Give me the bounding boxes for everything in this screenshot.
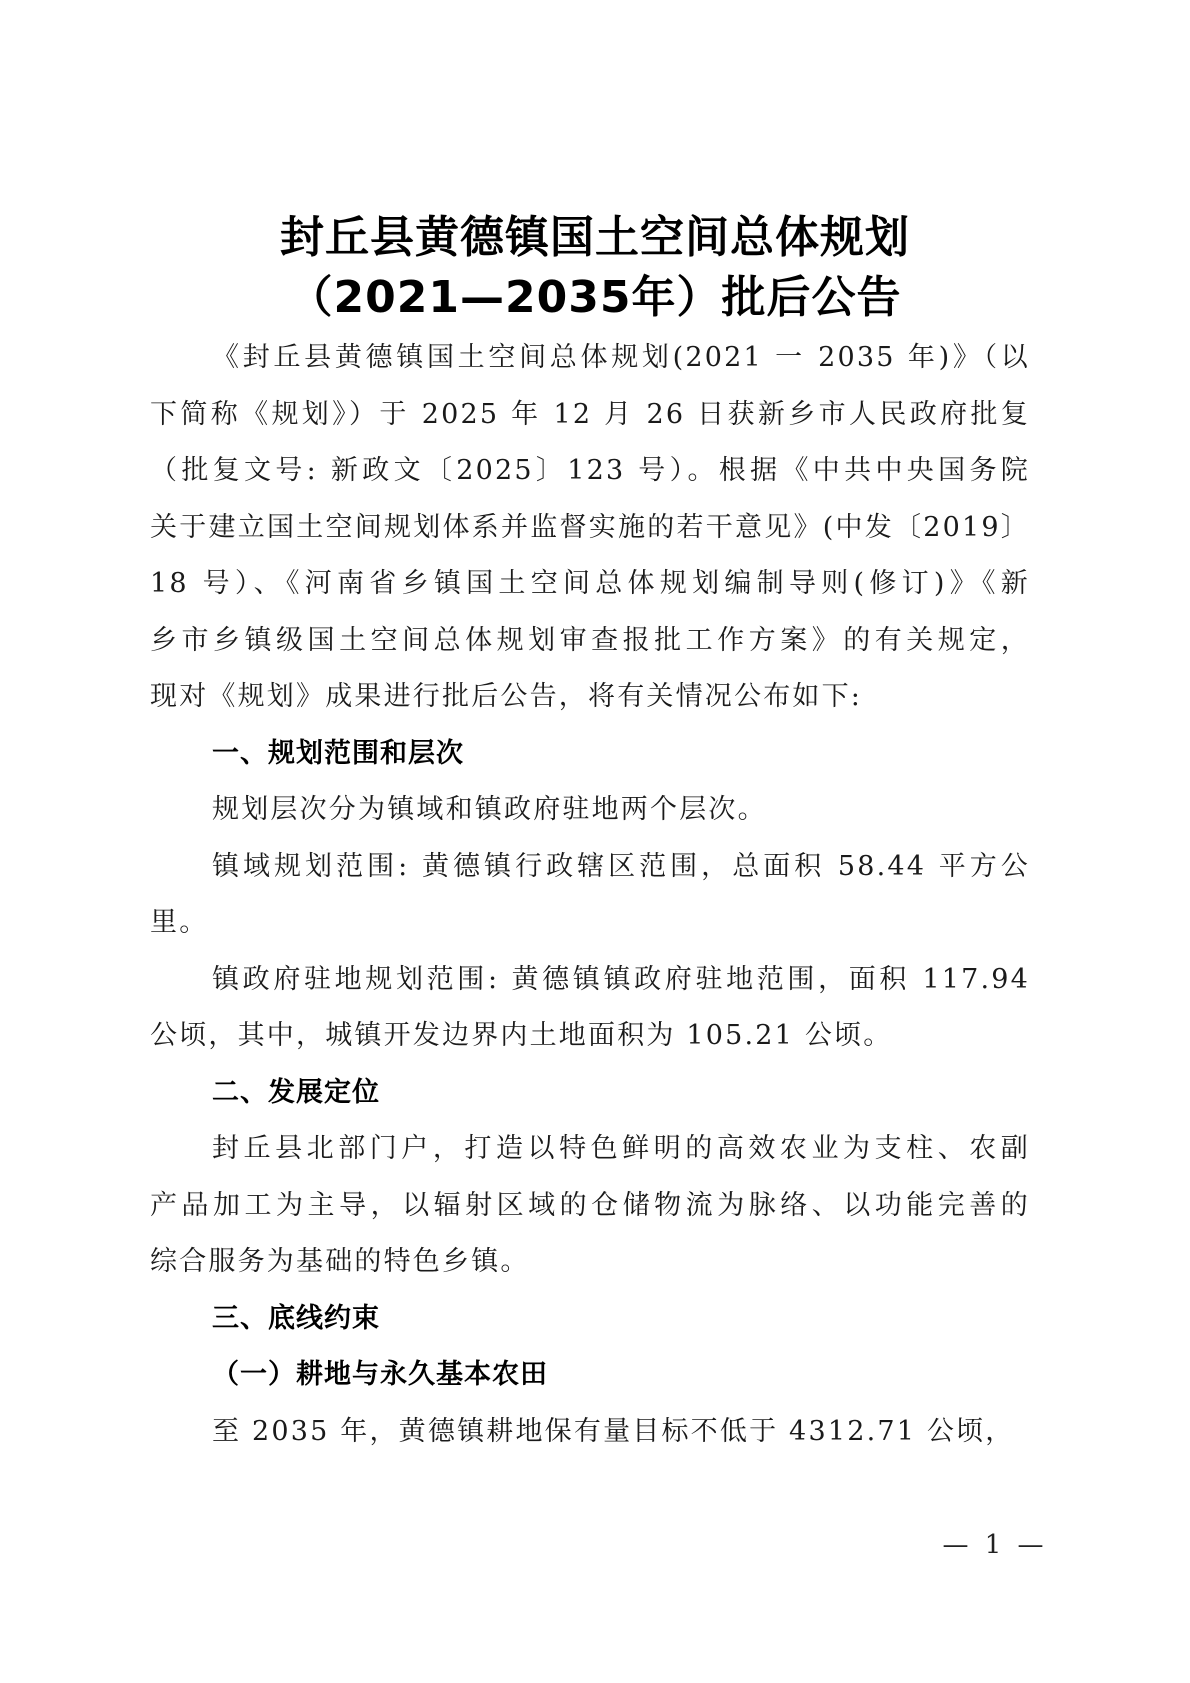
paragraph-line: 里。: [150, 895, 1030, 952]
document-body: 《封丘县黄德镇国土空间总体规划(2021 一 2035 年)》（以 下简称《规划…: [150, 330, 1030, 1460]
page-number: — 1 —: [940, 1530, 1050, 1560]
paragraph-line: 公顷，其中，城镇开发边界内土地面积为 105.21 公顷。: [150, 1008, 1030, 1065]
section-heading: 三、底线约束: [150, 1291, 1030, 1348]
intro-line: 《封丘县黄德镇国土空间总体规划(2021 一 2035 年)》（以: [150, 330, 1030, 387]
paragraph-line: 规划层次分为镇域和镇政府驻地两个层次。: [150, 782, 1030, 839]
document-title-line-2: （2021—2035年）批后公告: [0, 268, 1190, 328]
section-heading: 一、规划范围和层次: [150, 726, 1030, 783]
intro-line: 关于建立国土空间规划体系并监督实施的若干意见》(中发〔2019〕: [150, 500, 1030, 557]
paragraph-line: 产品加工为主导，以辐射区域的仓储物流为脉络、以功能完善的: [150, 1178, 1030, 1235]
document-page: 封丘县黄德镇国土空间总体规划 （2021—2035年）批后公告 《封丘县黄德镇国…: [0, 0, 1190, 1683]
intro-line: 18 号）、《河南省乡镇国土空间总体规划编制导则(修订)》《新: [150, 556, 1030, 613]
intro-line: （批复文号: 新政文〔2025〕123 号）。根据《中共中央国务院: [150, 443, 1030, 500]
paragraph-line: 至 2035 年，黄德镇耕地保有量目标不低于 4312.71 公顷，: [150, 1404, 1030, 1461]
section-heading: 二、发展定位: [150, 1065, 1030, 1122]
paragraph-line: 综合服务为基础的特色乡镇。: [150, 1234, 1030, 1291]
paragraph-line: 镇政府驻地规划范围: 黄德镇镇政府驻地范围，面积 117.94: [150, 952, 1030, 1009]
paragraph-line: 镇域规划范围: 黄德镇行政辖区范围，总面积 58.44 平方公: [150, 839, 1030, 896]
paragraph-line: 封丘县北部门户，打造以特色鲜明的高效农业为支柱、农副: [150, 1121, 1030, 1178]
intro-line: 乡市乡镇级国土空间总体规划审查报批工作方案》的有关规定，: [150, 613, 1030, 670]
intro-line: 下简称《规划》）于 2025 年 12 月 26 日获新乡市人民政府批复: [150, 387, 1030, 444]
section-subheading: （一）耕地与永久基本农田: [150, 1347, 1030, 1404]
intro-line: 现对《规划》成果进行批后公告，将有关情况公布如下:: [150, 669, 1030, 726]
document-title-line-1: 封丘县黄德镇国土空间总体规划: [0, 208, 1190, 268]
